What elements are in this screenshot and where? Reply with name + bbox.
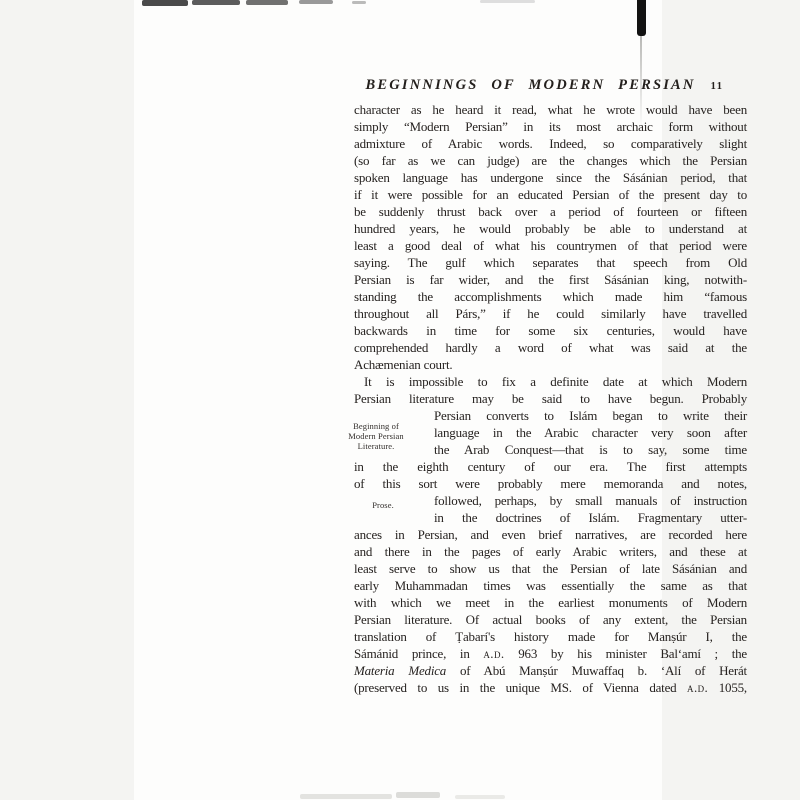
text-line: simply “Modern Persian” in its most arch… (354, 118, 747, 135)
text-line: in the eighth century of our era. The fi… (354, 458, 747, 475)
text-line: standing the accomplishments which made … (354, 288, 747, 305)
text-line: hundred years, he would probably be able… (354, 220, 747, 237)
text-line: Persian literature may be said to have b… (354, 390, 747, 407)
text-line: with which we meet in the earliest monum… (354, 594, 747, 611)
text-line: early Muhammadan times was essentially t… (354, 577, 747, 594)
text-line: Sámánid prince, in a.d. 963 by his minis… (354, 645, 747, 662)
text-line: be suddenly thrust back over a period of… (354, 203, 747, 220)
text-line: (preserved to us in the unique MS. of Vi… (354, 679, 747, 696)
text-line: the Arab Conquest—that is to say, some t… (434, 441, 747, 458)
text-line: comprehended hardly a word of what was s… (354, 339, 747, 356)
text-line: saying. The gulf which separates that sp… (354, 254, 747, 271)
scan-smudge-top (246, 0, 288, 5)
text-line: language in the Arabic character very so… (434, 424, 747, 441)
margin-note-line: Modern Persian (338, 431, 414, 441)
text-line: followed, perhaps, by small manuals of i… (434, 492, 747, 509)
text-line: (so far as we can judge) are the changes… (354, 152, 747, 169)
text-line: Persian converts to Islám began to write… (434, 407, 747, 424)
text-line: spoken language has undergone since the … (354, 169, 747, 186)
running-head: BEGINNINGS OF MODERN PERSIAN 11 (348, 77, 741, 94)
page-title: BEGINNINGS OF MODERN PERSIAN (365, 77, 695, 94)
scan-smudge-top (480, 0, 535, 3)
text-line: ances in Persian, and even brief narrati… (354, 526, 747, 543)
text-line: least serve to show us that the Persian … (354, 560, 747, 577)
text-line: Materia Medica of Abú Manṣúr Muwaffaq b.… (354, 662, 747, 679)
book-page: BEGINNINGS OF MODERN PERSIAN 11 characte… (134, 0, 662, 800)
scan-smudge-top (192, 0, 240, 5)
margin-note-beginning-of-literature: Beginning of Modern Persian Literature. (338, 421, 414, 451)
text-line: backwards in time for some six centuries… (354, 322, 747, 339)
text-line: Persian is far wider, and the first Sásá… (354, 271, 747, 288)
text-line: admixture of Arabic words. Indeed, so co… (354, 135, 747, 152)
page-number: 11 (711, 81, 724, 92)
text-line: Achæmenian court. (354, 356, 747, 373)
text-line: and there in the pages of early Arabic w… (354, 543, 747, 560)
scan-page-edge-line (640, 36, 642, 128)
text-line: if it were possible for an educated Pers… (354, 186, 747, 203)
margin-note-line: Literature. (338, 441, 414, 451)
margin-note-prose: Prose. (366, 500, 400, 510)
text-line: character as he heard it read, what he w… (354, 101, 747, 118)
text-line: of this sort were probably mere memorand… (354, 475, 747, 492)
scan-smudge-bottom (455, 795, 505, 799)
text-line: in the doctrines of Islám. Fragmentary u… (434, 509, 747, 526)
scan-smudge-bottom (300, 794, 392, 799)
scan-smudge-top (352, 1, 366, 4)
text-line: translation of Ṭabarí's history made for… (354, 628, 747, 645)
text-line: Persian literature. Of actual books of a… (354, 611, 747, 628)
scan-smudge-top (142, 0, 188, 6)
scan-smudge-top (299, 0, 333, 4)
body-text: character as he heard it read, what he w… (354, 101, 747, 696)
text-line: least a good deal of what his countrymen… (354, 237, 747, 254)
margin-note-line: Beginning of (338, 421, 414, 431)
text-line: throughout all Párs,” if he could simila… (354, 305, 747, 322)
text-line: It is impossible to fix a definite date … (354, 373, 747, 390)
scan-smudge-bottom (396, 792, 440, 798)
scan-page-edge-mark (637, 0, 646, 36)
